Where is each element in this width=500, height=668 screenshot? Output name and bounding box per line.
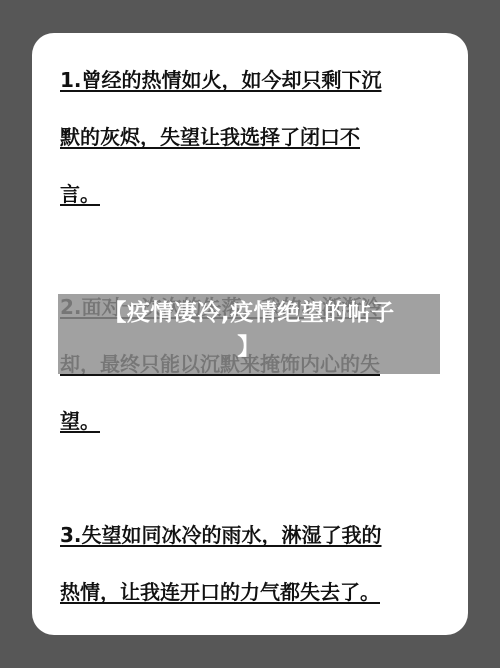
paragraph-line: 默的灰烬，失望让我选择了闭口不	[60, 109, 440, 166]
paragraph-1: 1.曾经的热情如火，如今却只剩下沉 默的灰烬，失望让我选择了闭口不 言。	[60, 52, 440, 223]
paragraph-line: 热情，让我连开口的力气都失去了。	[60, 564, 440, 621]
paragraph-line: 3.失望如同冰冷的雨水，淋湿了我的	[60, 507, 440, 564]
overlay-title: 【疫情凄冷,疫情绝望的帖子 】	[58, 296, 440, 364]
paragraph-line: 望。	[60, 393, 440, 450]
paragraph-3: 3.失望如同冰冷的雨水，淋湿了我的 热情，让我连开口的力气都失去了。	[60, 507, 440, 621]
overlay-title-line-2: 】	[58, 330, 440, 364]
paragraph-line: 言。	[60, 166, 440, 223]
overlay-title-line-1: 【疫情凄冷,疫情绝望的帖子	[58, 296, 440, 330]
paragraph-line: 1.曾经的热情如火，如今却只剩下沉	[60, 52, 440, 109]
